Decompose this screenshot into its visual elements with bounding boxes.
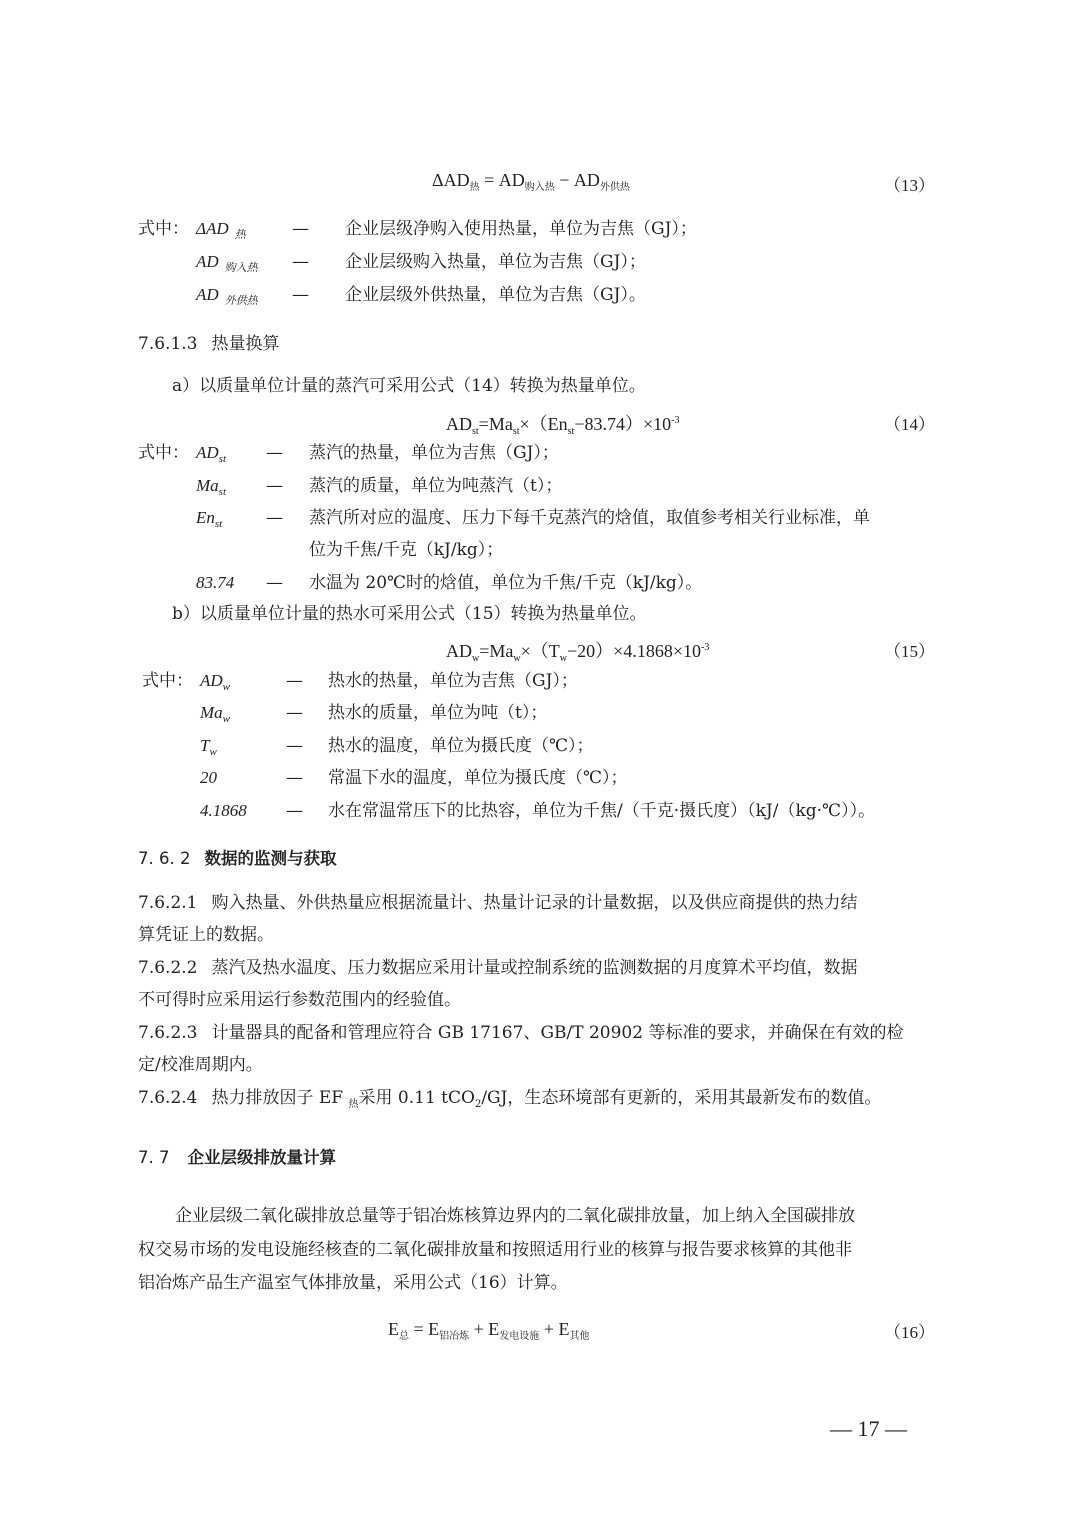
formula-subscript: 购入热 bbox=[525, 182, 555, 193]
variable-symbol: AD购入热 bbox=[196, 252, 258, 275]
variable-symbol: AD外供热 bbox=[196, 285, 258, 308]
formula-superscript: -3 bbox=[701, 642, 709, 653]
symbol-subscript: w bbox=[209, 746, 216, 758]
clause-7623-cont: 定/校准周期内。 bbox=[138, 1055, 263, 1075]
formula-subscript: 热 bbox=[470, 182, 480, 193]
symbol-text: AD bbox=[196, 252, 219, 271]
symbol-subscript: w bbox=[223, 681, 230, 693]
formula-term: −83.74）×10 bbox=[574, 414, 671, 434]
symbol-subscript: st bbox=[219, 453, 226, 465]
formula-term: AD bbox=[446, 641, 472, 661]
symbol-text: En bbox=[196, 508, 215, 527]
formula-term: = AD bbox=[480, 170, 525, 190]
variable-symbol: Enst bbox=[196, 508, 222, 530]
variable-symbol: 4.1868 bbox=[200, 801, 247, 821]
item-b: b）以质量单位计量的热水可采用公式（15）转换为热量单位。 bbox=[172, 604, 647, 624]
formula-15: ADw=Maw×（Tw−20）×4.1868×10-3 bbox=[446, 637, 709, 664]
formula-subscript: 铝冶炼 bbox=[439, 1331, 469, 1342]
item-a: a）以质量单位计量的蒸汽可采用公式（14）转换为热量单位。 bbox=[172, 376, 646, 396]
symbol-text: AD bbox=[200, 671, 223, 690]
variable-symbol: ΔAD热 bbox=[196, 219, 246, 242]
formula-14: ADst=Mast×（Enst−83.74）×10-3 bbox=[446, 410, 679, 437]
clause-number: 7.6.2.2 bbox=[138, 958, 197, 978]
section-title: 数据的监测与获取 bbox=[204, 849, 336, 868]
definition-dash: — bbox=[266, 573, 283, 593]
variable-symbol: 83.74 bbox=[196, 573, 234, 593]
formula-term: ×（En bbox=[520, 414, 568, 434]
variable-symbol: Maw bbox=[200, 703, 230, 725]
formula-subscript: w bbox=[513, 653, 520, 664]
clause-number: 7.6.2.1 bbox=[138, 893, 197, 913]
clause-text: 采用 0.11 tCO bbox=[359, 1088, 475, 1108]
symbol-text: AD bbox=[196, 443, 219, 462]
section-number: 7. 6. 2 bbox=[138, 849, 190, 868]
clause-subscript: 热 bbox=[349, 1099, 359, 1110]
variable-symbol: ADw bbox=[200, 671, 230, 693]
formula-13: ΔAD热 = AD购入热 − AD外供热 bbox=[432, 170, 630, 193]
variable-definition: 蒸汽的热量，单位为吉焦（GJ）； bbox=[309, 443, 559, 463]
variable-definition: 水温为 20℃时的焓值，单位为千焦/千克（kJ/kg）。 bbox=[309, 573, 702, 593]
subsection-heading-7613: 7.6.1.3热量换算 bbox=[138, 334, 279, 354]
formula-term: − AD bbox=[555, 170, 600, 190]
clause-text: 计量器具的配备和管理应符合 GB 17167、GB/T 20902 等标准的要求… bbox=[211, 1023, 903, 1043]
symbol-text: 20 bbox=[200, 768, 217, 787]
symbol-subscript: st bbox=[215, 518, 222, 530]
equation-number-14: （14） bbox=[884, 410, 935, 435]
clause-7623: 7.6.2.3计量器具的配备和管理应符合 GB 17167、GB/T 20902… bbox=[138, 1023, 903, 1043]
variable-definition: 蒸汽的质量，单位为吨蒸汽（t）； bbox=[309, 476, 562, 496]
equation-number-16: （16） bbox=[884, 1318, 935, 1343]
clause-7622: 7.6.2.2蒸汽及热水温度、压力数据应采用计量或控制系统的监测数据的月度算术平… bbox=[138, 958, 857, 978]
definition-dash: — bbox=[292, 219, 309, 239]
clause-number: 7.6.2.4 bbox=[138, 1088, 197, 1108]
variable-definition: 热水的质量，单位为吨（t）； bbox=[328, 703, 547, 723]
formula-term: = E bbox=[409, 1319, 439, 1339]
formula-subscript: 外供热 bbox=[600, 182, 630, 193]
formula-term: AD bbox=[446, 414, 472, 434]
formula-term: E bbox=[388, 1319, 399, 1339]
clause-text: 蒸汽及热水温度、压力数据应采用计量或控制系统的监测数据的月度算术平均值，数据 bbox=[211, 958, 857, 978]
variable-definition: 企业层级净购入使用热量，单位为吉焦（GJ）； bbox=[345, 219, 697, 239]
clause-7624: 7.6.2.4热力排放因子 EF 热采用 0.11 tCO2/GJ，生态环境部有… bbox=[138, 1088, 881, 1115]
formula-term: + E bbox=[539, 1319, 569, 1339]
definition-dash: — bbox=[286, 801, 303, 821]
symbol-text: 83.74 bbox=[196, 573, 234, 592]
variable-symbol: Tw bbox=[200, 736, 217, 758]
formula-superscript: -3 bbox=[671, 415, 679, 426]
section-heading-762: 7. 6. 2数据的监测与获取 bbox=[138, 845, 336, 869]
symbol-text: Ma bbox=[200, 703, 223, 722]
paragraph-line: 权交易市场的发电设施经核查的二氧化碳排放量和按照适用行业的核算与报告要求核算的其… bbox=[138, 1240, 852, 1260]
equation-number-13: （13） bbox=[884, 171, 935, 196]
variable-definition: 热水的热量，单位为吉焦（GJ）； bbox=[328, 671, 578, 691]
formula-term: −20）×4.1868×10 bbox=[567, 641, 701, 661]
formula-subscript: 总 bbox=[399, 1331, 409, 1342]
definition-dash: — bbox=[286, 768, 303, 788]
symbol-subscript: 购入热 bbox=[225, 262, 258, 274]
paragraph-line: 铝冶炼产品生产温室气体排放量，采用公式（16）计算。 bbox=[138, 1273, 568, 1293]
variable-definition: 企业层级购入热量，单位为吉焦（GJ）； bbox=[345, 252, 646, 272]
variable-definition: 蒸汽所对应的温度、压力下每千克蒸汽的焓值，取值参考相关行业标准，单 bbox=[309, 508, 870, 528]
variable-symbol: 20 bbox=[200, 768, 217, 788]
clause-7621-cont: 算凭证上的数据。 bbox=[138, 925, 274, 945]
symbol-text: AD bbox=[196, 285, 219, 304]
clause-text: 热力排放因子 EF bbox=[211, 1088, 348, 1108]
section-title: 热量换算 bbox=[211, 334, 279, 354]
where-prefix: 式中： bbox=[138, 443, 189, 463]
formula-subscript: 其他 bbox=[569, 1331, 589, 1342]
variable-symbol: ADst bbox=[196, 443, 226, 465]
section-heading-77: 7. 7企业层级排放量计算 bbox=[138, 1144, 336, 1168]
formula-term: =Ma bbox=[479, 641, 513, 661]
definition-dash: — bbox=[266, 508, 283, 528]
symbol-text: 4.1868 bbox=[200, 801, 247, 820]
definition-dash: — bbox=[286, 703, 303, 723]
definition-dash: — bbox=[292, 285, 309, 305]
formula-subscript: st bbox=[513, 426, 520, 437]
section-number: 7.6.1.3 bbox=[138, 334, 197, 354]
variable-definition: 热水的温度，单位为摄氏度（℃）； bbox=[328, 736, 594, 756]
variable-definition: 企业层级外供热量，单位为吉焦（GJ）。 bbox=[345, 285, 646, 305]
section-title: 企业层级排放量计算 bbox=[188, 1148, 337, 1167]
formula-term: =Ma bbox=[479, 414, 513, 434]
definition-dash: — bbox=[266, 476, 283, 496]
definition-dash: — bbox=[286, 736, 303, 756]
variable-definition-cont: 位为千焦/千克（kJ/kg）； bbox=[309, 540, 503, 560]
symbol-subscript: 外供热 bbox=[225, 295, 258, 307]
variable-definition: 常温下水的温度，单位为摄氏度（℃）； bbox=[328, 768, 628, 788]
clause-text: 购入热量、外供热量应根据流量计、热量计记录的计量数据，以及供应商提供的热力结 bbox=[211, 893, 857, 913]
formula-term: + E bbox=[469, 1319, 499, 1339]
symbol-subscript: w bbox=[223, 713, 230, 725]
equation-number-15: （15） bbox=[884, 637, 935, 662]
formula-term: ΔAD bbox=[432, 170, 470, 190]
where-prefix: 式中： bbox=[142, 671, 193, 691]
clause-number: 7.6.2.3 bbox=[138, 1023, 197, 1043]
where-prefix: 式中： bbox=[138, 219, 189, 239]
symbol-text: ΔAD bbox=[196, 219, 229, 238]
variable-definition: 水在常温常压下的比热容，单位为千焦/（千克·摄氏度）（kJ/（kg·℃））。 bbox=[328, 801, 875, 821]
formula-subscript: 发电设施 bbox=[499, 1331, 539, 1342]
formula-subscript: st bbox=[472, 426, 479, 437]
formula-16: E总 = E铝冶炼 + E发电设施 + E其他 bbox=[388, 1319, 589, 1342]
symbol-subscript: st bbox=[219, 486, 226, 498]
clause-7622-cont: 不可得时应采用运行参数范围内的经验值。 bbox=[138, 990, 461, 1010]
formula-term: ×（T bbox=[521, 641, 560, 661]
section-number: 7. 7 bbox=[138, 1148, 170, 1167]
paragraph-line: 企业层级二氧化碳排放总量等于铝冶炼核算边界内的二氧化碳排放量，加上纳入全国碳排放 bbox=[175, 1206, 855, 1226]
clause-7621: 7.6.2.1购入热量、外供热量应根据流量计、热量计记录的计量数据，以及供应商提… bbox=[138, 893, 857, 913]
clause-text: /GJ，生态环境部有更新的，采用其最新发布的数值。 bbox=[481, 1088, 881, 1108]
definition-dash: — bbox=[286, 671, 303, 691]
page-number: — 17 — bbox=[830, 1416, 907, 1442]
definition-dash: — bbox=[266, 443, 283, 463]
definition-dash: — bbox=[292, 252, 309, 272]
formula-subscript: w bbox=[560, 653, 567, 664]
symbol-subscript: 热 bbox=[235, 229, 246, 241]
variable-symbol: Mast bbox=[196, 476, 226, 498]
symbol-text: Ma bbox=[196, 476, 219, 495]
